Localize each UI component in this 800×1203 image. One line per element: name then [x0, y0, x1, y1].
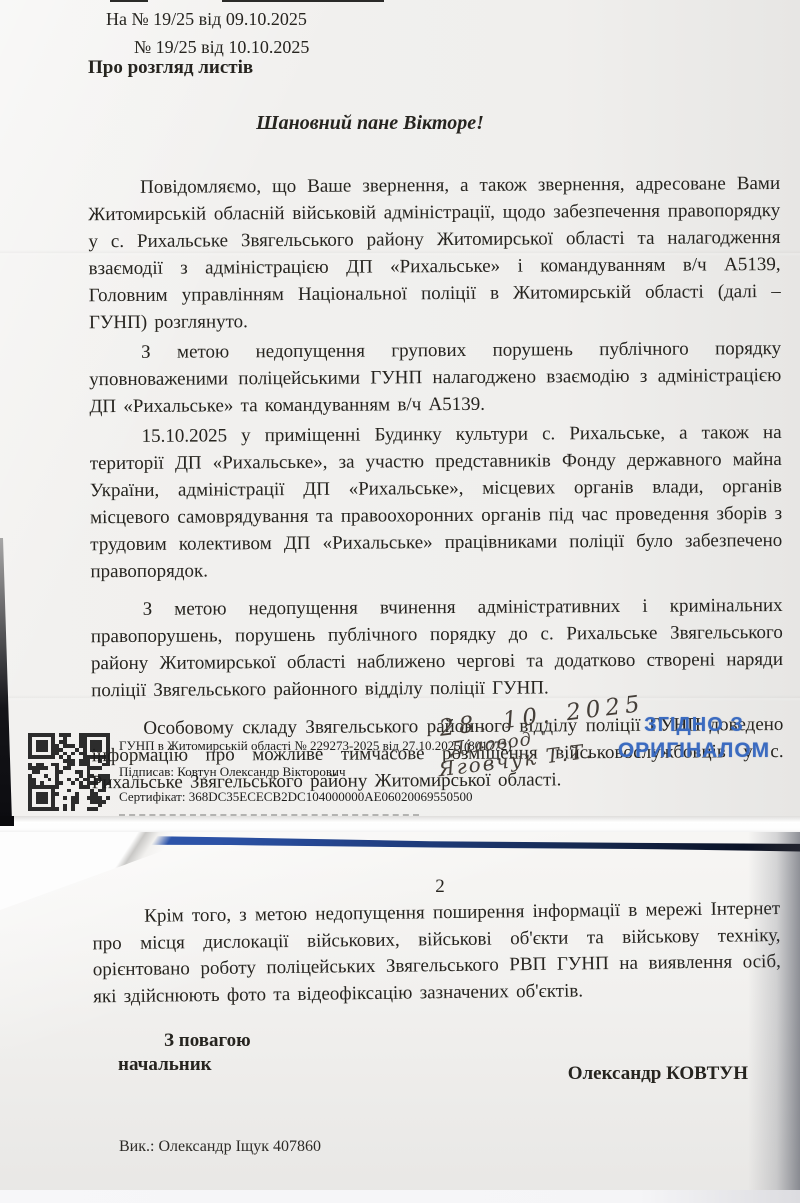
certified-copy-stamp-line-2: ОРИГІНАЛОМ — [608, 738, 780, 764]
closing-regards: З повагою — [164, 1030, 251, 1052]
scan-edge-shadow — [0, 538, 12, 822]
reference-line-1: На № 19/25 від 09.10.2025 — [106, 5, 309, 33]
qr-code — [28, 733, 110, 811]
closing-name: Олександр КОВТУН — [540, 1063, 748, 1085]
scanned-letter: На № 19/25 від 09.10.2025 № 19/25 від 10… — [0, 0, 800, 1203]
paragraph-3: 15.10.2025 у приміщенні Будинку культури… — [90, 419, 783, 585]
letter-page-1: На № 19/25 від 09.10.2025 № 19/25 від 10… — [0, 0, 800, 820]
page-number: 2 — [90, 876, 790, 898]
signature-stamp-certificate: Сертифікат: 368DC35ECECB2DC104000000AE06… — [119, 784, 512, 810]
certified-copy-stamp: ЗГІДНО З ОРИГІНАЛОМ — [608, 712, 780, 764]
letter-subject: Про розгляд листів — [88, 57, 253, 79]
executor-line: Вик.: Олександр Іщук 407860 — [119, 1138, 321, 1156]
paragraph-6: Крім того, з метою недопущення поширення… — [92, 896, 781, 1010]
certified-copy-stamp-line-1: ЗГІДНО З — [608, 712, 780, 738]
cropped-rule-right — [222, 0, 384, 2]
paragraph-2: З метою недопущення групових порушень пу… — [89, 335, 781, 420]
reference-block: На № 19/25 від 09.10.2025 № 19/25 від 10… — [106, 5, 309, 61]
closing-role: начальник — [118, 1054, 212, 1076]
scan-edge-shadow-right — [748, 832, 800, 1190]
letter-page-2: 2 Крім того, з метою недопущення поширен… — [0, 832, 800, 1203]
cropped-rule-left — [110, 0, 148, 2]
salutation: Шановний пане Вікторе! — [0, 112, 740, 135]
scan-edge-corner — [0, 816, 14, 826]
scan-bottom-strip — [0, 1190, 800, 1203]
paragraph-1: Повідомляємо, що Ваше звернення, а також… — [88, 170, 781, 336]
